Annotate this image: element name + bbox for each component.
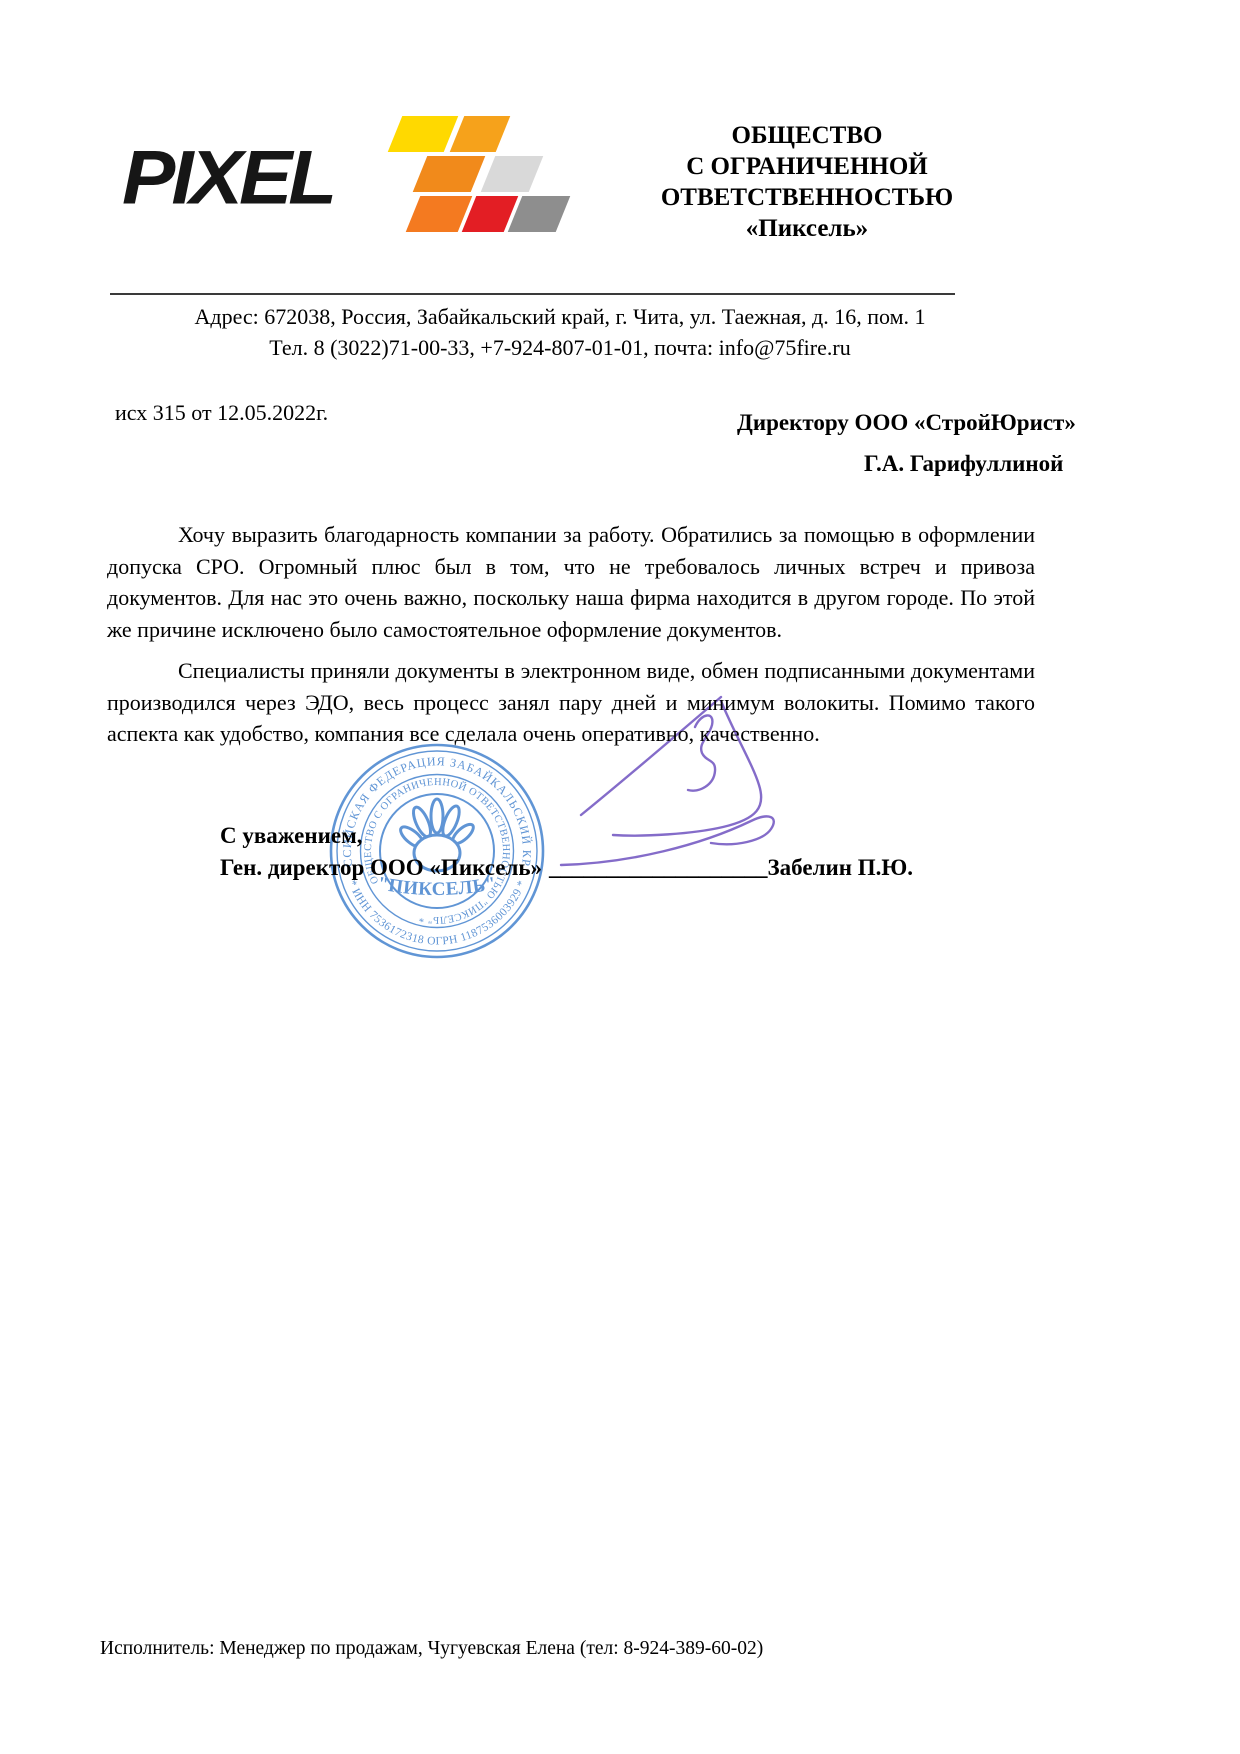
outgoing-number: исх 315 от 12.05.2022г. xyxy=(115,400,328,426)
logo-mosaic-tile xyxy=(481,156,544,192)
addressee-title: Директору ООО «СтройЮрист» xyxy=(737,410,1076,436)
org-title: ОБЩЕСТВО С ОГРАНИЧЕННОЙ ОТВЕТСТВЕННОСТЬЮ… xyxy=(612,120,1002,244)
pixel-logo-wordmark: PIXEL xyxy=(122,134,333,221)
stamp-center-text: "ПИКСЕЛЬ" xyxy=(376,873,498,900)
pixel-logo: PIXEL xyxy=(122,110,582,242)
signature-ink xyxy=(543,693,823,888)
stamp-graphic: РОССИЙСКАЯ ФЕДЕРАЦИЯ ЗАБАЙКАЛЬСКИЙ КРАЙ … xyxy=(327,741,547,961)
letter-page: PIXEL ОБЩЕСТВО С ОГРАНИЧЕННОЙ ОТВЕТСТВЕН… xyxy=(0,0,1240,1754)
org-title-line: ОБЩЕСТВО xyxy=(612,120,1002,151)
logo-mosaic-tile xyxy=(413,156,486,192)
header-divider xyxy=(110,293,955,295)
logo-mosaic-tile xyxy=(406,196,473,232)
phone-line: Тел. 8 (3022)71-00-33, +7-924-807-01-01,… xyxy=(125,332,995,363)
addressee-name: Г.А. Гарифуллиной xyxy=(864,451,1063,477)
logo-mosaic-tile xyxy=(450,116,511,152)
contact-block: Адрес: 672038, Россия, Забайкальский кра… xyxy=(125,301,995,363)
hand-print-icon xyxy=(397,799,476,871)
logo-mosaic-tile xyxy=(388,116,459,152)
org-title-line: «Пиксель» xyxy=(612,213,1002,244)
svg-text:"ПИКСЕЛЬ": "ПИКСЕЛЬ" xyxy=(376,873,498,900)
company-stamp: РОССИЙСКАЯ ФЕДЕРАЦИЯ ЗАБАЙКАЛЬСКИЙ КРАЙ … xyxy=(327,741,547,961)
body-paragraph-1: Хочу выразить благодарность компании за … xyxy=(107,519,1035,645)
org-title-line: С ОГРАНИЧЕННОЙ xyxy=(612,151,1002,182)
address-line: Адрес: 672038, Россия, Забайкальский кра… xyxy=(125,301,995,332)
executor-line: Исполнитель: Менеджер по продажам, Чугуе… xyxy=(100,1638,763,1660)
logo-mosaic-tile xyxy=(508,196,571,232)
org-title-line: ОТВЕТСТВЕННОСТЬЮ xyxy=(612,182,1002,213)
handwritten-signature xyxy=(543,693,823,888)
